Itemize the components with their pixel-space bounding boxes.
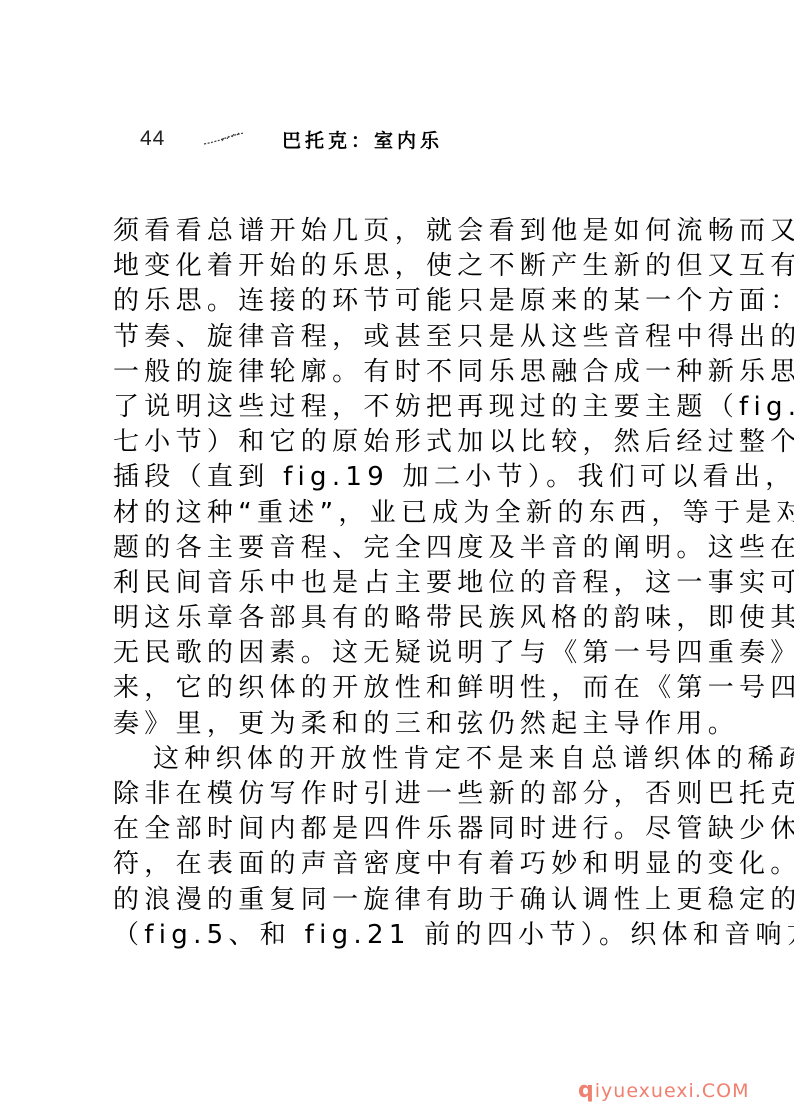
watermark-q: q (578, 1078, 595, 1103)
text-line: 七小节）和它的原始形式加以比较，然后经过整个这一 (113, 425, 693, 460)
body-text: 须看看总谱开始几页，就会看到他是如何流畅而又简练地变化着开始的乐思，使之不断产生… (113, 214, 693, 953)
text-line: 明这乐章各部具有的略带民族风格的韵味，即使其中并 (113, 601, 693, 636)
text-line: （fig.5、和 fig.21 前的四小节）。织体和音响方面的对比 (113, 918, 693, 953)
text-line: 地变化着开始的乐思，使之不断产生新的但又互有关系 (113, 249, 693, 284)
text-line: 来，它的织体的开放性和鲜明性，而在《第一号四重 (113, 671, 693, 706)
text-line: 奏》里，更为柔和的三和弦仍然起主导作用。 (113, 707, 693, 742)
text-line: 了说明这些过程，不妨把再现过的主要主题（fig.16 加 (113, 390, 693, 425)
quill-flourish-icon (202, 132, 246, 146)
text-line: 符，在表面的声音密度中有着巧妙和明显的变化。热烈 (113, 847, 693, 882)
text-line: 除非在模仿写作时引进一些新的部分，否则巴托克几乎 (113, 777, 693, 812)
text-line: 须看看总谱开始几页，就会看到他是如何流畅而又简练 (113, 214, 693, 249)
running-title: 巴托克：室内乐 (282, 126, 443, 153)
text-line: 题的各主要音程、完全四度及半音的阐明。这些在匈牙 (113, 531, 693, 566)
text-line: 插段（直到 fig.19 加二小节）。我们可以看出，第一题 (113, 460, 693, 495)
text-line: 的浪漫的重复同一旋律有助于确认调性上更稳定的插句 (113, 883, 693, 918)
text-line: 节奏、旋律音程，或甚至只是从这些音程中得出的一个 (113, 320, 693, 355)
text-line: 利民间音乐中也是占主要地位的音程，这一事实可能说 (113, 566, 693, 601)
text-line: 一般的旋律轮廓。有时不同乐思融合成一种新乐思。为 (113, 355, 693, 390)
running-header: 44 巴托克：室内乐 (140, 124, 443, 154)
text-line: 无民歌的因素。这无疑说明了与《第一号四重奏》比起 (113, 636, 693, 671)
watermark-domain: iyuexuexi.COM (595, 1080, 750, 1102)
page-number: 44 (140, 127, 200, 151)
text-line: 在全部时间内都是四件乐器同时进行。尽管缺少休止 (113, 812, 693, 847)
text-line: 这种织体的开放性肯定不是来自总谱织体的稀疏。 (113, 742, 693, 777)
text-line: 的乐思。连接的环节可能只是原来的某一个方面：它的 (113, 284, 693, 319)
text-line: 材的这种“重述”，业已成为全新的东西，等于是对主 (113, 496, 693, 531)
watermark: qiyuexuexi.COM (578, 1078, 750, 1103)
